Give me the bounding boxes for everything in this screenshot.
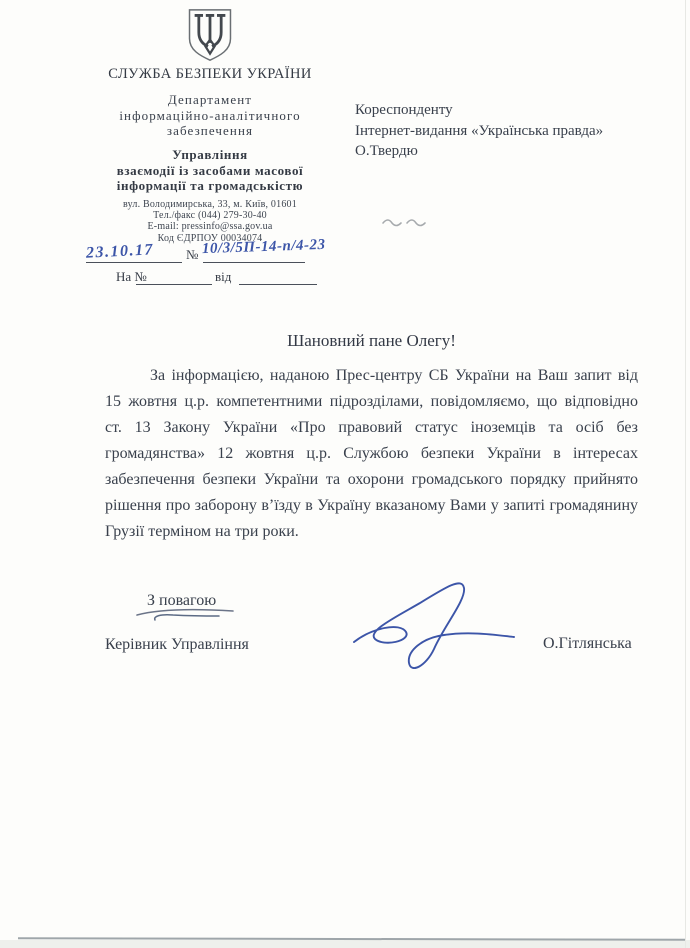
body-line: ст. 13 Закону України «Про правовий стат…: [105, 415, 638, 441]
number-sign: №: [186, 247, 198, 263]
salutation: Шановний пане Олегу!: [105, 331, 638, 351]
department-line: інформаційно-аналітичного: [85, 108, 335, 124]
body-line: рішення про заборону в’їзду в Україну вк…: [105, 493, 638, 519]
division-block: Управління взаємодії із засобами масової…: [85, 147, 335, 194]
address-line: Тел./факс (044) 279-30-40: [85, 210, 335, 221]
date-underline: [86, 262, 182, 263]
body-line: 15 жовтня ц.р. компетентними підрозділам…: [105, 389, 638, 415]
department-block: Департамент інформаційно-аналітичного за…: [85, 92, 335, 139]
reply-from-label: від: [215, 269, 231, 285]
faint-scribble-mark: [380, 214, 432, 235]
handwritten-signature-icon: [346, 578, 524, 681]
addressee-block: Кореспонденту Інтернет-видання «Українсь…: [355, 100, 603, 162]
pen-flourish-mark: [135, 606, 237, 629]
signer-title: Керівник Управління: [105, 636, 249, 654]
department-line: Департамент: [85, 92, 335, 108]
paper-right-edge: [685, 0, 686, 948]
scan-background-strip: [0, 940, 690, 948]
addressee-line: О.Твердю: [355, 141, 603, 162]
reply-number-label: На №: [116, 269, 147, 285]
division-line: Управління: [85, 147, 335, 163]
number-underline: [203, 262, 305, 263]
address-line: вул. Володимирська, 33, м. Київ, 01601: [85, 199, 335, 210]
addressee-line: Кореспонденту: [355, 100, 603, 121]
division-line: взаємодії із засобами масової: [85, 163, 335, 179]
body-line: Грузії терміном на три роки.: [105, 519, 638, 545]
handwritten-date: 23.10.17: [86, 241, 155, 263]
body-paragraph: За інформацією, наданою Прес-центру СБ У…: [105, 363, 638, 545]
address-line: E-mail: pressinfo@ssa.gov.ua: [85, 221, 335, 232]
org-name: СЛУЖБА БЕЗПЕКИ УКРАЇНИ: [85, 66, 335, 83]
reply-date-underline: [239, 284, 317, 285]
ukraine-trident-emblem-icon: [183, 8, 237, 62]
handwritten-outgoing-number: 10/3/5П-14-п/4-23: [202, 237, 326, 258]
scanned-letter-page: СЛУЖБА БЕЗПЕКИ УКРАЇНИ Департамент інфор…: [0, 0, 690, 948]
body-line: За інформацією, наданою Прес-центру СБ У…: [105, 363, 638, 389]
reply-number-underline: [136, 284, 212, 285]
body-line: забезпечення безпеки України та охорони …: [105, 467, 638, 493]
signer-name: О.Гітлянська: [543, 635, 632, 653]
department-line: забезпечення: [85, 123, 335, 139]
division-line: інформації та громадськістю: [85, 178, 335, 194]
body-line: громадянства» 12 жовтня ц.р. Службою без…: [105, 441, 638, 467]
addressee-line: Інтернет-видання «Українська правда»: [355, 121, 603, 142]
